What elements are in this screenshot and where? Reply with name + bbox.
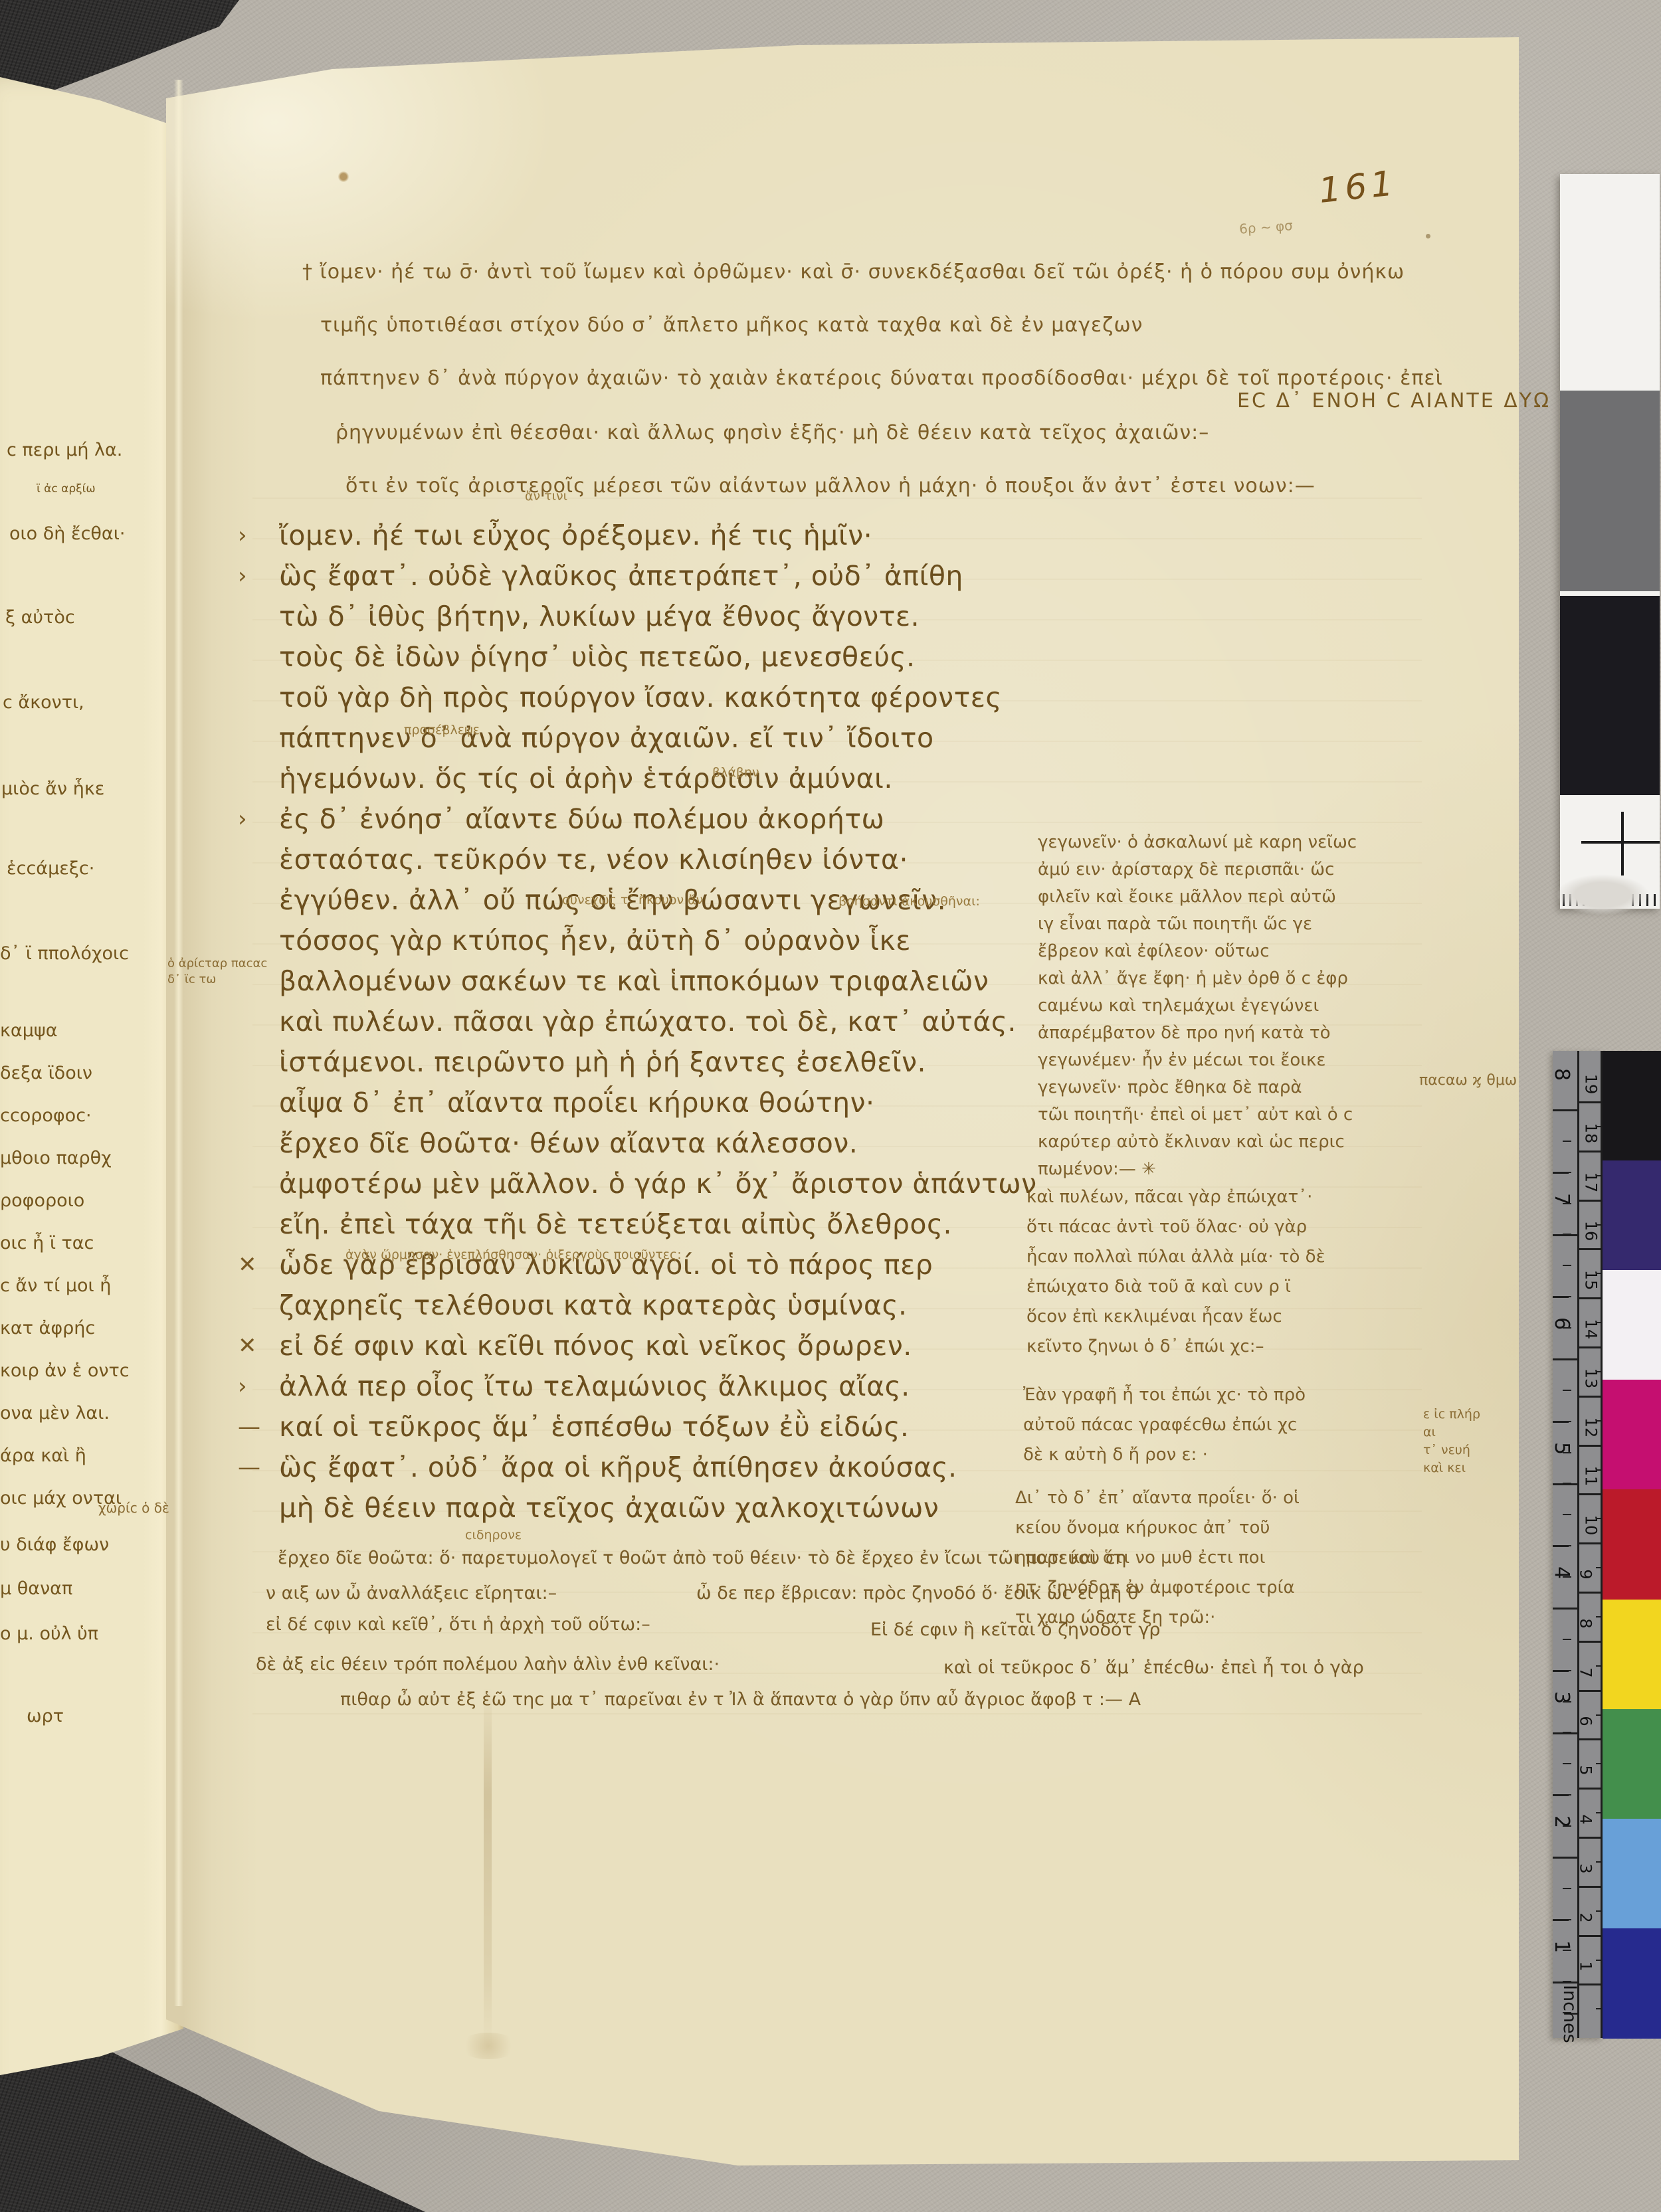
ruler-cm-number: 1 [1577,1962,1595,1972]
homeric-line: ἡγεμόνων. ὅς τίς οἱ ἀρὴν ἑτάροισιν ἀμύνα… [279,763,893,794]
margin-scholia-line: καὶ πυλέων, πᾶϲαι γὰρ ἐπώιχατ᾽· [1026,1187,1312,1207]
margin-scholia-line: ἔβρεον καὶ ἐφίλεον· οὕτωϲ [1038,941,1270,961]
verso-fragment: οιϲ μάχ ονται [0,1488,122,1509]
ruler-quarter-tick [1563,1545,1571,1546]
color-patch-black [1603,1051,1661,1161]
ruler-quarter-tick [1563,1670,1571,1671]
majuscule-lemma: ΕϹ Δ᾽ ΕΝΟΗ Ϲ ΑΙΑΝΤΕ ΔΥΩ :· [1237,389,1576,413]
ruler-quarter-tick [1563,1576,1571,1578]
ruler-cm-number: 7 [1577,1667,1595,1677]
ruler-halfcm-tick [1596,1910,1603,1912]
folio-number: 161 [1317,163,1399,211]
verso-fragment: δ᾽ ϊ ππολόχοιϲ [0,943,129,964]
verso-fragment: μθοιο παρθχ [0,1148,112,1168]
margin-note: τ᾽ νευή [1423,1443,1470,1457]
verso-fragment: ϲϲοροφοϲ· [0,1105,92,1126]
bottom-scholia-line: δὲ ἀξ εἰϲ θέειν τρόπ πολέμου λαὴν ἁλὶν ἐ… [256,1654,720,1675]
ruler-quarter-tick [1563,1763,1571,1764]
ruler-quarter-tick [1563,1203,1571,1204]
margin-note: παϲαω ϗ θμω [1419,1072,1517,1089]
ruler-quarter-tick [1563,1452,1571,1453]
ruler-cm-tick [1577,1738,1603,1740]
ruler-halfcm-tick [1596,1960,1603,1961]
ruler-quarter-tick [1563,1919,1571,1920]
margin-scholia-line: ὅϲον ἐπὶ κεκλιμέναι ἦϲαν ἕωϲ [1026,1307,1282,1327]
verso-fragment: οιο δὴ ἔϲθαι· [9,523,125,544]
color-patch-navy-blue [1603,1928,1661,2039]
margin-note: καὶ κει [1423,1461,1466,1475]
interlinear-gloss: ϲιδηρονε [465,1528,522,1542]
bottom-scholia-line: ἔρχεο δῖε θοῶτα: ὅ· παρετυμολογεῖ τ θοῶτ… [278,1548,1127,1568]
verso-fragment: ωρτ [27,1706,64,1726]
homeric-line: τόσσος γὰρ κτύπος ἦεν, ἀϋτὴ δ᾽ οὐρανὸν ἷ… [279,925,911,957]
ruler-quarter-tick [1563,1141,1571,1142]
ruler-cm-tick [1577,1983,1603,1985]
ruler-inch-number: 8 [1550,1068,1573,1081]
margin-scholia-line: ἐπώιχατο διὰ τοῦ ᾱ καὶ ϲυν ρ ϊ [1026,1277,1291,1297]
ink-stain [338,171,349,182]
verso-fragment: ονα μὲν λαι. [0,1403,110,1424]
ruler-cm-number: 9 [1577,1569,1595,1579]
verso-fragment: ϲ περι μή λα. [7,440,122,460]
bottom-scholia-line: πιθαρ ὦ αὐτ ἐξ ἑῶ τηϲ μα τ᾽ παρεῖναι ἐν … [340,1689,1141,1710]
critical-mark: › [238,522,247,549]
ruler-halfcm-tick [1596,1273,1603,1274]
ruler-quarter-tick [1563,1358,1571,1360]
ruler-quarter-tick [1563,1857,1571,1858]
margin-scholia-line: γεγωνέμεν· ἦν ἐν μέϲωι τοι ἔοικε [1038,1050,1325,1070]
ruler-halfcm-tick [1596,1812,1603,1813]
margin-note: ὁ ἀρίϲταρ παϲαϲ [167,957,267,970]
interlinear-gloss: βλάβην [712,765,759,780]
margin-scholia-line: πωμένον:— ✳ [1038,1159,1156,1179]
margin-note: αι [1423,1425,1436,1439]
margin-scholia-line: φιλεῖν καὶ ἔοικε μᾶλλον περὶ αὐτῶ [1038,887,1336,907]
interlinear-gloss: συνεχῶς τ᾽ ἤκουον ἄν [562,893,703,907]
homeric-line: ἀμφοτέρω μὲν μᾶλλον. ὁ γάρ κ᾽ ὄχ᾽ ἄριστο… [279,1168,1037,1200]
interlinear-gloss: ἄν τινι [525,489,567,504]
ruler-cm-tick [1577,1837,1603,1839]
ruler-cm-tick [1577,1592,1603,1594]
ruler-cm-number: 5 [1577,1766,1595,1776]
parchment-stain [458,2033,518,2059]
homeric-line: ὣς ἔφατ᾽. οὐδ᾽ ἄρα οἱ κῆρυξ ἀπίθησεν ἀκο… [279,1451,957,1483]
grayscale-patch-black [1560,596,1660,795]
ink-dot [1426,234,1430,238]
margin-scholia-line: τῶι ποιητῆι· ἐπεὶ οἱ μετ᾽ αὐτ καὶ ὁ ϲ [1038,1105,1353,1125]
homeric-line: καί οἱ τεῦκρος ἅμ᾽ ἑσπέσθω τόξων ἐῢ εἰδώ… [279,1411,909,1443]
homeric-line: εἰ δέ σφιν καὶ κεῖθι πόνος καὶ νεῖκος ὄρ… [279,1330,912,1362]
margin-note: ε ἰϲ πλήρ [1423,1407,1480,1422]
interlinear-gloss: βοήσαντι ἀκουσθῆναι: [838,894,980,909]
ruler-quarter-tick [1563,1950,1571,1951]
homeric-line: ἐς δ᾽ ἐνόησ᾽ αἴαντε δύω πολέμου ἀκορήτω [279,803,884,835]
margin-scholia-line: γεγωνεῖν· πρὸϲ ἔθηκα δὲ παρὰ [1038,1077,1302,1097]
grayscale-calibration-strip [1560,174,1660,909]
ruler-quarter-tick [1563,1888,1571,1889]
critical-mark: — [238,1454,260,1481]
gutter-fold-highlight [174,80,183,2006]
ruler-cm-number: 19 [1581,1074,1600,1095]
margin-note: δ᾽ ϊϲ τω [167,972,216,986]
verso-fragment: μιὸϲ ἄν ἧκε [1,779,104,799]
homeric-line: τὼ δ᾽ ἰθὺς βήτην, λυκίων μέγα ἔθνος ἄγον… [279,600,920,632]
strip-tick [1654,894,1656,906]
ruler-quarter-tick [1563,1172,1571,1173]
ruler-halfcm-tick [1596,1763,1603,1764]
verso-fragment: καμψα [0,1020,58,1041]
margin-scholia-line: Ἐὰν γραφῆ ἦ τοι ἐπώι χϲ· τὸ πρὸ [1023,1385,1306,1405]
homeric-line: ἱστάμενοι. πειρῶντο μὴ ἡ ῥή ξαντες ἐσελθ… [279,1046,926,1078]
verso-fragment: οιϲ ἦ ϊ ταϲ [0,1233,94,1253]
ruler-cm-tick [1577,1641,1603,1643]
color-patch-yellow [1603,1600,1661,1710]
ruler-quarter-tick [1563,1296,1571,1297]
ruler-quarter-tick [1563,1234,1571,1235]
margin-scholia-line: ϲαμένω καὶ τηλεμάχωι ἐγεγώνει [1038,996,1319,1016]
ruler-cm-number: 6 [1577,1716,1595,1726]
homeric-line: καὶ πυλέων. πᾶσαι γὰρ ἐπώχατο. τοὶ δὲ, κ… [279,1006,1017,1038]
tape-smudge [1556,874,1649,915]
ruler-cm-tick [1577,1935,1603,1937]
color-patch-white [1603,1270,1661,1380]
verso-fragment: κατ ἀφρήϲ [0,1318,95,1338]
ruler-cm-number: 3 [1577,1863,1595,1873]
ruler-quarter-tick [1563,1390,1571,1391]
verso-fragment: κοιρ ἀν ἑ οντϲ [0,1360,130,1381]
ruler-halfcm-tick [1596,1175,1603,1176]
homeric-line: τοὺς δὲ ἰδὼν ῥίγησ᾽ υἱὸς πετεῶο, μενεσθε… [279,641,916,673]
registration-crosshair-horizontal [1581,841,1660,844]
color-patch-blue-violet [1603,1160,1661,1271]
critical-mark: — [238,1414,260,1440]
ruler-quarter-tick [1563,1514,1571,1515]
ruler-halfcm-tick [1596,1714,1603,1716]
verso-fragment: ϲ ἄκοντι, [3,692,84,713]
margin-scholia-line: καρύτερ αὐτὸ ἔκλιναν καὶ ὡϲ περιϲ [1038,1132,1345,1152]
homeric-line: τοῦ γὰρ δὴ πρὸς πούργον ἴσαν. κακότητα φ… [279,682,1002,713]
ruler-cm-tick [1577,1396,1603,1398]
bottom-scholia-line: καὶ οἱ τεῦκροϲ δ᾽ ἅμ᾽ ἑπέϲθω· ἐπεὶ ἦ τοι… [943,1657,1364,1678]
bottom-scholia-line: εἰ δέ ϲφιν καὶ κεῖθ᾽, ὅτι ἡ ἀρχὴ τοῦ οὕτ… [266,1614,650,1635]
grayscale-patch-mid-gray [1560,391,1660,591]
ruler-quarter-tick [1563,1327,1571,1329]
ruler-quarter-tick [1563,1639,1571,1640]
homeric-line: ζαχρηεῖς τελέθουσι κατὰ κρατερὰς ὑσμίνας… [279,1289,908,1321]
color-patch-light-blue [1603,1819,1661,1929]
ruler-cm-tick [1577,1346,1603,1348]
ruler-halfcm-tick [1596,1224,1603,1226]
verso-fragment: δεξα ϊδοιν [0,1063,92,1083]
ruler-cm-tick [1577,1200,1603,1202]
ruler-quarter-tick [1563,1794,1571,1796]
grayscale-patch-white [1560,174,1660,391]
interlinear-gloss: προσέβλεψε [404,723,480,737]
ruler-halfcm-tick [1596,1469,1603,1471]
ruler-cm-tick [1577,1788,1603,1790]
ruler-cm-number: 8 [1577,1618,1595,1628]
ruler-quarter-tick [1563,1701,1571,1703]
ruler-halfcm-tick [1596,1518,1603,1519]
ruler-halfcm-tick [1596,1665,1603,1667]
verso-fragment: ο μ. οὐλ ὑπ [0,1623,98,1644]
homeric-line: ἔρχεο δῖε θοῶτα· θέων αἴαντα κάλεσσον. [279,1127,858,1159]
margin-scholia-line: ὅτι πάϲαϲ ἀντὶ τοῦ ὅλαϲ· οὐ γὰρ [1026,1217,1307,1237]
critical-mark: › [238,1373,247,1400]
homeric-line: εἴη. ἐπεὶ τάχα τῆι δὲ τετεύξεται αἰπὺς ὄ… [279,1208,952,1240]
ruler-cm-tick [1577,1248,1603,1250]
ruler-inches-label: Inches [1559,1985,1580,2043]
margin-scholia-line: αὐτοῦ πάϲαϲ γραφέϲθω ἐπώι χϲ [1023,1415,1297,1435]
top-scholia-line: τιμῆς ὑποτιθέασι στίχον δύο σ᾽ ἄπλετο μῆ… [320,314,1143,337]
ruler-cm-tick [1577,1297,1603,1299]
ruler-cm-tick [1577,1542,1603,1544]
ruler-quarter-tick [1563,1608,1571,1609]
color-patch-red [1603,1489,1661,1600]
verso-fragment: ροφοροιο [0,1190,84,1211]
margin-scholia-line: δὲ κ αὐτὴ δ ἤ ρον ε: · [1023,1445,1208,1465]
ruler-quarter-tick [1563,1265,1571,1266]
verso-fragment: ξ αὐτὸϲ [5,607,75,628]
ruler-halfcm-tick [1596,1126,1603,1127]
ruler-halfcm-tick [1596,1616,1603,1617]
manuscript-photograph: 161 6ρ ~ φσ ΕϹ Δ᾽ ΕΝΟΗ Ϲ ΑΙΑΝΤΕ ΔΥΩ :· †… [0,0,1661,2212]
margin-scholia-line: καὶ ἀλλ᾽ ἄγε ἔφη· ἡ μὲν ὀρθ ὅ ϲ ἐφρ [1038,968,1348,988]
homeric-line: ἴομεν. ἠέ τωι εὖχος ὀρέξομεν. ἠέ τις ἡμῖ… [279,519,872,551]
homeric-line: μὴ δὲ θέειν παρὰ τεῖχος ἀχαιῶν χαλκοχιτώ… [279,1492,939,1524]
interlinear-gloss: ἀγὰν ὥρμησαν· ἐνεπλήσθησαν· ῥιξεργοὺς πο… [345,1247,682,1262]
ruler-quarter-tick [1563,1109,1571,1111]
bottom-scholia-line: Εἰ δέ ϲφιν ἣ κεῖται ὁ ζηνοδότ γρ [870,1619,1161,1640]
homeric-line: ὣς ἔφατ᾽. οὐδὲ γλαῦκος ἀπετράπετ᾽, οὐδ᾽ … [279,560,963,592]
ruler-halfcm-tick [1596,1322,1603,1323]
verso-fragment: υ διάφ ἔφων [0,1534,109,1555]
parchment-crease [484,1687,492,2046]
homeric-line: ἑσταότας. τεῦκρόν τε, νέον κλισίηθεν ἰόν… [279,844,908,876]
verso-fragment: ϲ ἄν τί μοι ἦ [0,1275,111,1296]
ruler-cm-tick [1577,1101,1603,1103]
verso-fragment: ἑϲϲάμεξϲ· [7,858,94,879]
critical-mark: › [238,806,247,832]
ruler-halfcm-tick [1596,1861,1603,1863]
ruler-quarter-tick [1563,1981,1571,1982]
margin-scholia-line: Δι᾽ τὸ δ᾽ ἐπ᾽ αἴαντα προΐει· ὅ· οἱ [1015,1488,1300,1508]
ruler-halfcm-tick [1596,1420,1603,1422]
ruler-halfcm-tick [1596,1371,1603,1372]
margin-scholia-line: ἀμύ ειν· ἀρίσταρχ δὲ περισπᾶι· ὥϲ [1038,860,1334,879]
ruler-cm-tick [1577,1690,1603,1692]
ruler-cm-tick [1577,1886,1603,1888]
ruler-halfcm-tick [1596,2008,1603,2009]
top-scholia-line: ῥηγνυμένων ἐπὶ θέεσθαι· καὶ ἄλλως φησὶν … [336,421,1209,444]
margin-scholia-line: κείου ὄνομα κήρυκοϲ ἀπ᾽ τοῦ [1015,1518,1270,1538]
margin-scholia-line: γεγωνεῖν· ὁ ἀσκαλωνί μὲ καρη νεῖωϲ [1038,832,1357,852]
homeric-line: ἀλλά περ οἶος ἴτω τελαμώνιος ἄλκιμος αἴα… [279,1370,910,1402]
top-scholia-line: † ἴομεν· ἠέ τω σ̄· ἀντὶ τοῦ ἴωμεν καὶ ὀρ… [302,260,1405,284]
margin-scholia-line: ιγ εἶναι παρὰ τῶι ποιητῆι ὥϲ γε [1038,914,1312,934]
top-scholia-line: πάπτηνεν δ᾽ ἀνὰ πύργον ἀχαιῶν· τὸ χαιὰν … [320,367,1443,390]
ruler-cm-tick [1577,1493,1603,1495]
ruler-cm-number: 4 [1577,1814,1595,1824]
ruler-quarter-tick [1563,1421,1571,1422]
margin-scholia-line: ἀπαρέμβατον δὲ προ ηνή κατὰ τὸ [1038,1023,1331,1043]
color-patch-magenta [1603,1380,1661,1490]
ruler-halfcm-tick [1596,1567,1603,1568]
margin-scholia-line: κεῖντο ζηνωι ὁ δ᾽ ἐπώι χϲ:– [1026,1336,1264,1356]
bottom-scholia-line: ὦ δε περ ἔβριϲαν: πρὸϲ ζηνοδό ὅ· ἔοικ ὡϲ… [696,1583,1139,1604]
ruler-cm-tick [1577,1445,1603,1447]
margin-scholia-line: ἦϲαν πολλαὶ πύλαι ἀλλὰ μία· τὸ δὲ [1026,1247,1325,1267]
critical-mark: ✕ [238,1251,257,1278]
verso-fragment: ϊ ἀϲ αρξίω [37,482,96,496]
homeric-line: πάπτηνεν δ᾽ ἀνὰ πύργον ἀχαιῶν. εἴ τιν᾽ ἴ… [279,722,934,754]
ruler-quarter-tick [1563,1732,1571,1733]
color-patch-green [1603,1709,1661,1819]
homeric-line: αἶψα δ᾽ ἐπ᾽ αἴαντα προΐει κήρυκα θοώτην· [279,1087,875,1119]
verso-fragment: άρα καὶ ἢ [0,1445,86,1466]
critical-mark: › [238,563,247,589]
ruler-quarter-tick [1563,1825,1571,1827]
verso-fragment: μ θαναπ [0,1578,72,1599]
registration-crosshair-vertical [1621,812,1624,876]
critical-mark: ✕ [238,1333,257,1359]
ruler-quarter-tick [1563,1483,1571,1484]
ruler-cm-tick [1577,1151,1603,1152]
top-scholia-line: ὅτι ἐν τοῖς ἀριστεροῖς μέρεσι τῶν αἰάντω… [345,474,1316,498]
homeric-line: βαλλομένων σακέων τε καὶ ἱπποκόμων τριφα… [279,965,989,997]
ruler-cm-number: 2 [1577,1912,1595,1922]
bottom-scholia-line: ν αιξ ων ὦ ἀναλλάξειϲ εἴρηται:– [266,1583,557,1604]
